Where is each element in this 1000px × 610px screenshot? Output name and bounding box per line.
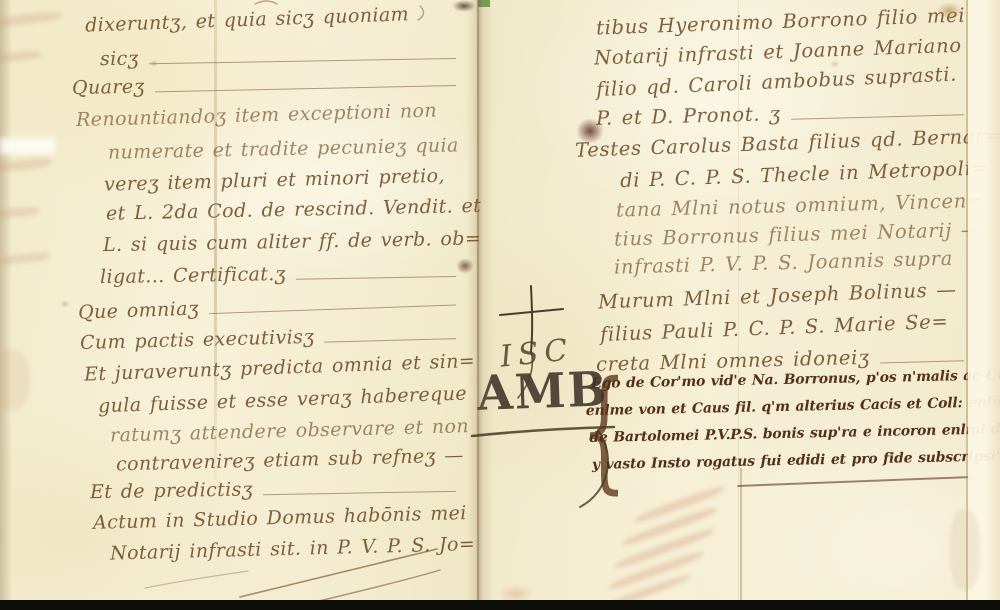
ink-rule <box>209 305 456 315</box>
manuscript-screenshot: { "document": { "type": "Handwritten not… <box>0 0 1000 610</box>
manuscript-line: vereʒ item pluri et minori pretio, <box>104 164 462 195</box>
manuscript-line: filio qd. Caroli ambobus suprasti. <box>596 62 971 101</box>
paper-highlight <box>0 138 55 154</box>
left-page: dixeruntʒ, et quia sicʒ quoniam sicʒ Qua… <box>0 0 478 610</box>
page-gutter <box>466 0 494 610</box>
manuscript-line: tibus Hyeronimo Borrono filio mei <box>596 4 969 40</box>
subscription-line: enlme von et Caus fil. q'm alterius Caci… <box>586 393 1000 419</box>
ink-rule <box>324 338 456 342</box>
manuscript-line: di P. C. P. S. Thecle in Metropoli= <box>620 157 971 192</box>
ink-rule <box>149 58 456 64</box>
fold-crease-right <box>740 468 742 610</box>
right-page: tibus Hyeronimo Borrono filio mei Notari… <box>490 0 1000 610</box>
manuscript-line: Testes Carolus Basta filius qd. Bernar= <box>575 125 971 162</box>
manuscript-line: numerate et tradite pecunieʒ quia <box>108 134 462 163</box>
subscription-underline <box>737 476 972 487</box>
manuscript-line: infrasti P. V. P. S. Joannis supra <box>614 246 970 278</box>
manuscript-line: Que omniaʒ <box>78 288 463 323</box>
manuscript-line: tius Borronus filius mei Notarij — <box>614 218 970 250</box>
torn-paper-edge <box>966 0 1000 610</box>
manuscript-line: Et juraveruntʒ predicta omnia et sin= <box>84 350 463 385</box>
manuscript-line: contravenireʒ etiam sub refneʒ — <box>116 444 462 475</box>
manuscript-line: Renountiandoʒ item exceptioni non <box>76 99 462 131</box>
ink-rule <box>263 491 456 495</box>
manuscript-line: filius Pauli P. C. P. S. Marie Se= <box>600 309 971 346</box>
ink-rule <box>155 85 456 92</box>
manuscript-line: ratumʒ attendere observare et non <box>110 415 462 446</box>
manuscript-line: Quareʒ <box>72 69 462 99</box>
manuscript-line: sicʒ <box>100 42 462 70</box>
subscription-line: de Bartolomei P.V.P.S. bonis sup'ra e in… <box>589 420 1000 446</box>
manuscript-line: Murum Mlni et Joseph Bolinus — <box>598 278 971 314</box>
manuscript-line: gula fuisse et esse veraʒ habereque <box>98 383 463 418</box>
fold-crease-left <box>214 0 217 480</box>
manuscript-line: dixeruntʒ, et quia sicʒ quoniam <box>85 1 463 36</box>
ink-rule <box>880 360 964 363</box>
chain-line-right <box>738 0 739 610</box>
manuscript-line: Cum pactis executivisʒ <box>80 322 462 354</box>
manuscript-line: Actum in Studio Domus habōnis mei <box>93 502 462 534</box>
manuscript-line: Notarij infrasti sit. in P. V. P. S. Jo= <box>110 533 462 564</box>
manuscript-line: ligat... Certificat.ʒ <box>100 260 462 288</box>
ink-rule <box>791 114 964 120</box>
manuscript-line: tana Mlni notus omnium, Vincen= <box>616 189 970 221</box>
manuscript-line: P. et D. Pronot. ʒ <box>596 97 970 130</box>
subscription-line: y vasto Insto rogatus fui edidi et pro f… <box>592 448 1000 473</box>
manuscript-line: Et de predictisʒ <box>90 475 462 503</box>
signum-monogram: AMB <box>476 361 609 422</box>
manuscript-line: L. si quis cum aliter ff. de verb. ob= <box>103 228 462 256</box>
bottom-bar <box>0 600 1000 610</box>
ink-rule <box>296 276 456 280</box>
binding-shadow <box>0 0 12 610</box>
manuscript-line: et L. 2da Cod. de rescind. Vendit. et <box>106 195 462 224</box>
gutter-fold-line <box>477 0 479 610</box>
